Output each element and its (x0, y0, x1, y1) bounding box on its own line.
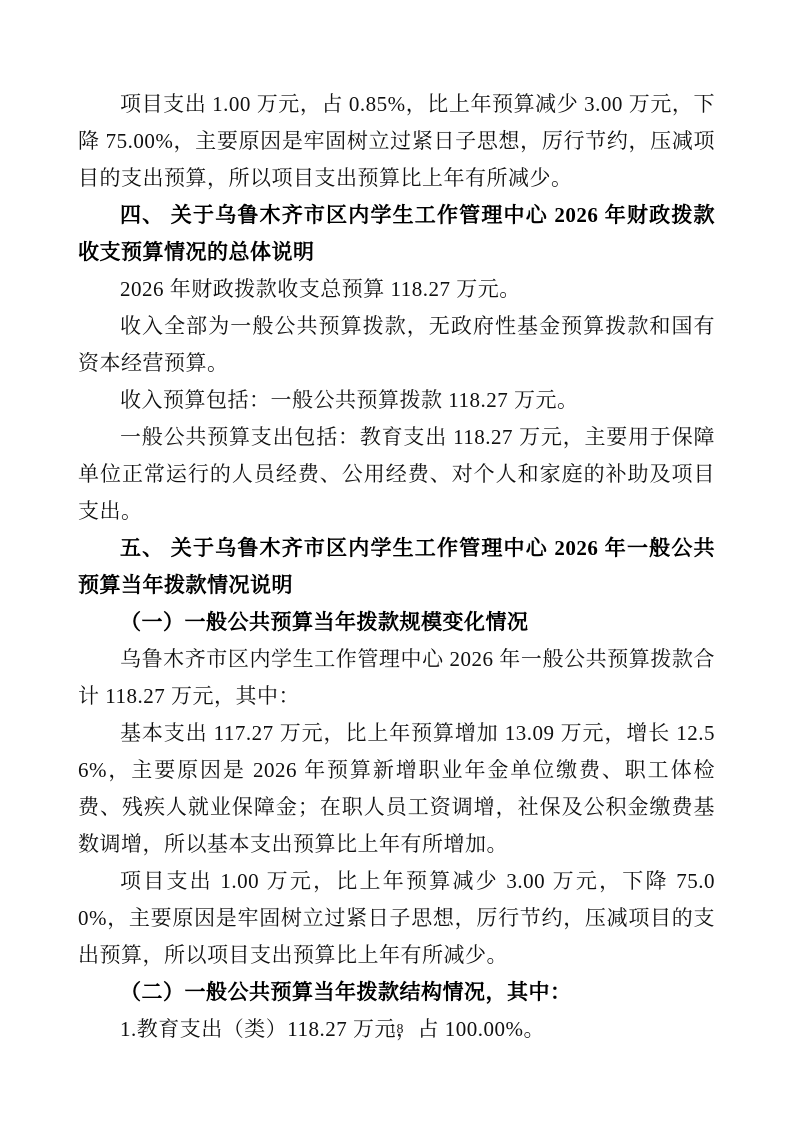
section-heading: 四、 关于乌鲁木齐市区内学生工作管理中心 2026 年财政拨款收支预算情况的总体… (78, 197, 715, 271)
paragraph: 收入预算包括：一般公共预算拨款 118.27 万元。 (78, 382, 715, 419)
paragraph: 项目支出 1.00 万元，比上年预算减少 3.00 万元，下降 75.00%，主… (78, 863, 715, 974)
section-heading: 五、 关于乌鲁木齐市区内学生工作管理中心 2026 年一般公共预算当年拨款情况说… (78, 530, 715, 604)
paragraph: 基本支出 117.27 万元，比上年预算增加 13.09 万元，增长 12.56… (78, 715, 715, 863)
paragraph: 一般公共预算支出包括：教育支出 118.27 万元，主要用于保障单位正常运行的人… (78, 419, 715, 530)
section-heading: （一）一般公共预算当年拨款规模变化情况 (78, 604, 715, 641)
page-number: 18 (0, 1022, 793, 1038)
paragraph: 项目支出 1.00 万元，占 0.85%，比上年预算减少 3.00 万元，下降 … (78, 86, 715, 197)
paragraph: 2026 年财政拨款收支总预算 118.27 万元。 (78, 271, 715, 308)
section-heading: （二）一般公共预算当年拨款结构情况，其中： (78, 974, 715, 1011)
document-body: 项目支出 1.00 万元，占 0.85%，比上年预算减少 3.00 万元，下降 … (78, 86, 715, 1048)
paragraph: 乌鲁木齐市区内学生工作管理中心 2026 年一般公共预算拨款合计 118.27 … (78, 641, 715, 715)
document-page: 项目支出 1.00 万元，占 0.85%，比上年预算减少 3.00 万元，下降 … (0, 0, 793, 1122)
paragraph: 收入全部为一般公共预算拨款，无政府性基金预算拨款和国有资本经营预算。 (78, 308, 715, 382)
